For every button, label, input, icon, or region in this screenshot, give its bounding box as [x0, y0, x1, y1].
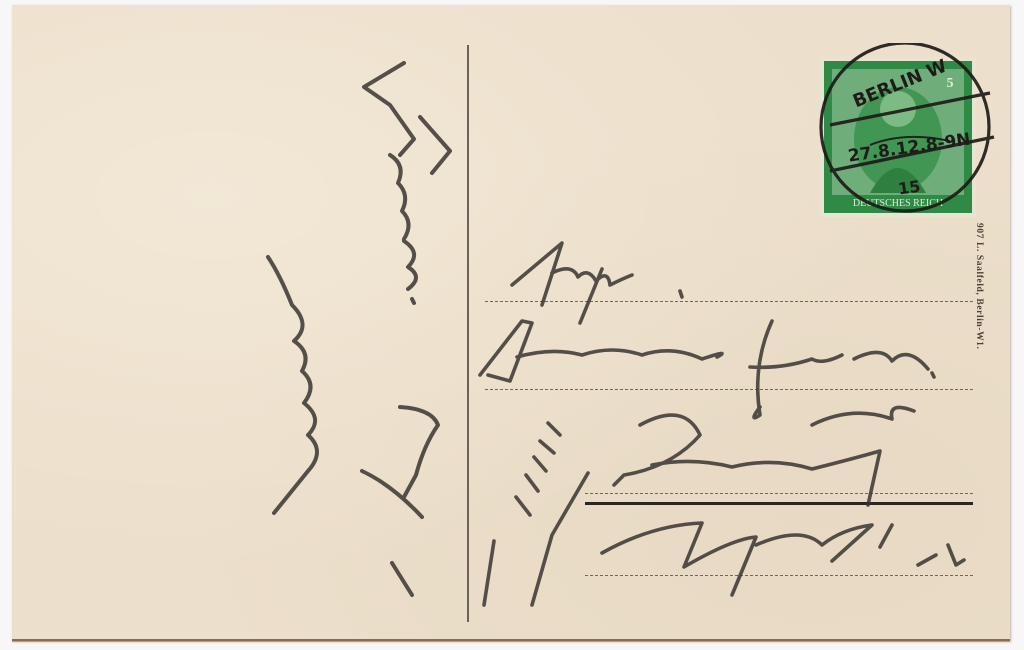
postcard: 907 L. Saalfeld, Berlin-W1. DEUTSCHES RE… [12, 5, 1010, 641]
address-handwriting [480, 243, 964, 605]
message-handwriting [268, 63, 450, 595]
handwriting-layer [12, 5, 1010, 639]
